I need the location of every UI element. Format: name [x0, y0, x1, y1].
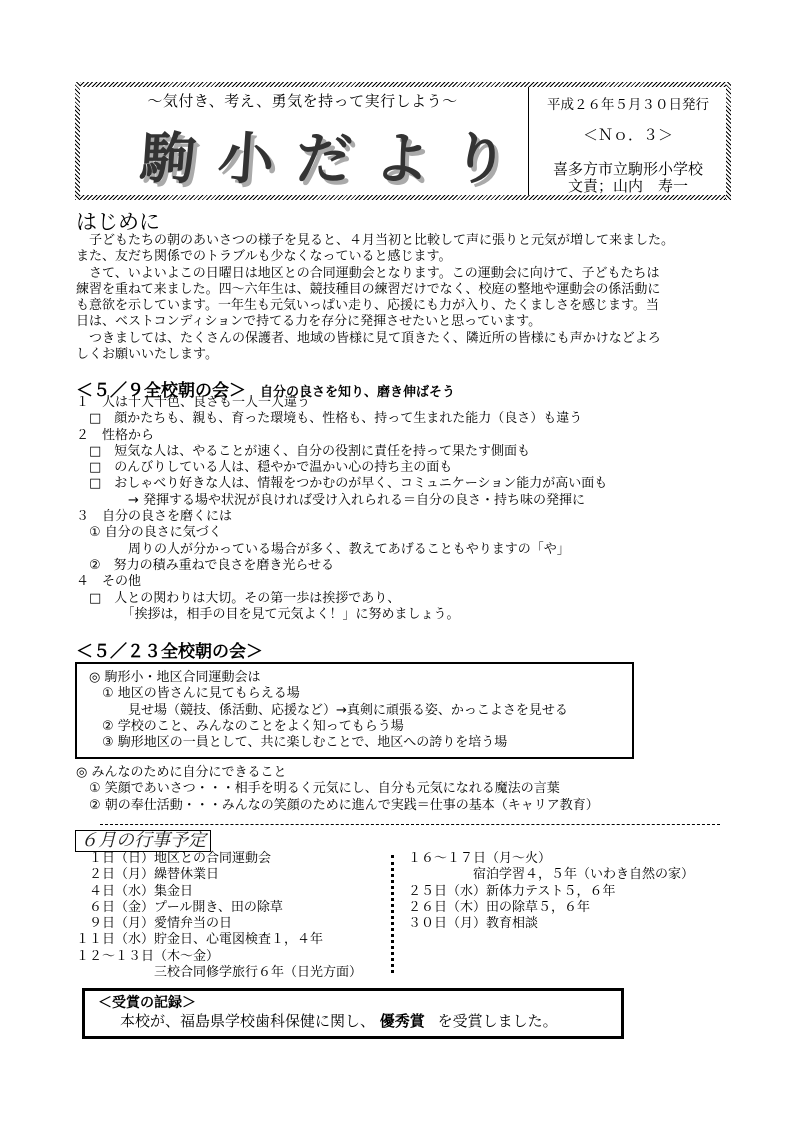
title-char: 駒: [138, 125, 199, 195]
assembly-0523-box: ◎ 駒形小・地区合同運動会は ① 地区の皆さんに見てもらえる場 見せ場（競技、係…: [75, 662, 634, 759]
title-char: り: [450, 125, 511, 195]
issue-date: 平成２６年５月３０日発行: [532, 93, 724, 113]
list-item: ２ 性格から: [76, 428, 607, 444]
event-item: １日（日）地区との合同運動会: [76, 851, 362, 867]
motto: ～気付き、考え、勇気を持って実行しよう～: [80, 90, 525, 111]
intro-line: 子どもたちの朝のあいさつの様子を見ると、４月当初と比較して声に張りと元気が増して…: [76, 233, 736, 249]
box-line: ② 学校のこと、みんなのことをよく知ってもらう場: [89, 719, 632, 735]
list-item: □ 人との関わりは大切。その第一歩は挨拶であり、: [76, 591, 607, 607]
list-item: ◎ みんなのために自分にできること: [76, 765, 599, 781]
header-divider: [528, 87, 529, 195]
award-text-before: 本校が、福島県学校歯科保健に関し、: [120, 1012, 375, 1030]
award-name: 優秀賞: [380, 1012, 425, 1030]
event-item: ２５日（水）新体力テスト５，６年: [408, 884, 694, 900]
list-item: ② 努力の積み重ねで良さを磨き光らせる: [76, 558, 607, 574]
list-item: １ 人は十人十色、良さも一人一人違う: [76, 395, 607, 411]
event-item: １６～１７日（月～火）: [408, 851, 694, 867]
intro-heading: はじめに: [76, 206, 160, 236]
event-item: 三校合同修学旅行６年（日光方面）: [76, 965, 362, 981]
header-border-right: [726, 82, 731, 200]
box-line: 見せ場（競技、係活動、応援など）→真剣に頑張る姿、かっこよさを見せる: [89, 703, 632, 719]
list-item: ① 笑顔であいさつ・・・相手を明るく元気にし、自分も元気になれる魔法の言葉: [76, 781, 599, 797]
award-heading-text: ＜受賞の記録＞: [98, 995, 196, 1011]
intro-line: また、友だち関係でのトラブルも少なくなっていると感じます。: [76, 249, 736, 265]
june-events-left: １日（日）地区との合同運動会 ２日（月）繰替休業日 ４日（水）集金日 ６日（金）…: [76, 851, 362, 981]
list-item: □ おしゃべり好きな人は、情報をつかむのが早く、コミュニケーション能力が高い面も: [76, 476, 607, 492]
list-item: ① 自分の良さに気づく: [76, 525, 607, 541]
box-line: ◎ 駒形小・地区合同運動会は: [89, 670, 632, 686]
issue-number: ＜Ｎｏ．３＞: [532, 124, 724, 145]
award-text: 本校が、福島県学校歯科保健に関し、 優秀賞 を受賞しました。: [120, 1010, 558, 1031]
assembly-0509-body: １ 人は十人十色、良さも一人一人違う □ 顔かたちも、親も、育った環境も、性格も…: [76, 395, 607, 623]
list-item: □ 短気な人は、やることが速く、自分の役割に責任を持って果たす側面も: [76, 444, 607, 460]
event-item: ４日（水）集金日: [76, 884, 362, 900]
list-item: □ のんびりしている人は、穏やかで温かい心の持ち主の面も: [76, 460, 607, 476]
event-item: ６日（金）プール開き、田の除草: [76, 900, 362, 916]
intro-body: 子どもたちの朝のあいさつの様子を見ると、４月当初と比較して声に張りと元気が増して…: [76, 233, 736, 363]
title-char: よ: [372, 125, 433, 195]
event-item: １２～１３日（木～金）: [76, 949, 362, 965]
list-item: → 発揮する場や状況が良ければ受け入れられる＝自分の良さ・持ち味の発揮に: [76, 493, 607, 509]
intro-line: しくお願いいたします。: [76, 347, 736, 363]
intro-line: つきましては、たくさんの保護者、地域の皆様に見て頂きたく、隣近所の皆様にも声かけ…: [76, 331, 736, 347]
june-events-heading: ６月の行事予定: [75, 830, 211, 852]
title-char: 小: [216, 125, 277, 195]
box-line: ① 地区の皆さんに見てもらえる場: [89, 686, 632, 702]
june-events-right: １６～１７日（月～火） 宿泊学習４，５年（いわき自然の家） ２５日（水）新体力テ…: [408, 851, 694, 932]
header-border-top: [75, 82, 731, 87]
assembly-0523-after: ◎ みんなのために自分にできること ① 笑顔であいさつ・・・相手を明るく元気にし…: [76, 765, 599, 814]
events-column-divider: [391, 855, 394, 973]
title-char: だ: [294, 125, 355, 195]
intro-line: も意欲を示しています。一年生も元気いっぱい走り、応援にも力が入り、たくましさを感…: [76, 298, 736, 314]
event-item: ２日（月）繰替休業日: [76, 867, 362, 883]
list-item: □ 顔かたちも、親も、育った環境も、性格も、持って生まれた能力（良さ）も違う: [76, 411, 607, 427]
intro-line: 練習を重ねて来ました。四～六年生は、競技種目の練習だけでなく、校庭の整地や運動会…: [76, 282, 736, 298]
list-item: ② 朝の奉仕活動・・・みんなの笑顔のために進んで実践＝仕事の基本（キャリア教育）: [76, 798, 599, 814]
list-item: 「挨拶は，相手の目を見て元気よく！」に努めましょう。: [76, 607, 607, 623]
event-item: １１日（水）貯金日、心電図検査１，４年: [76, 932, 362, 948]
assembly-0523-heading: ＜５／２３全校朝の会＞: [76, 637, 263, 662]
newsletter-title: 駒 小 だ よ り: [140, 125, 460, 195]
award-text-after: を受賞しました。: [438, 1012, 558, 1030]
event-item: ２６日（木）田の除草５，６年: [408, 900, 694, 916]
event-item: ９日（月）愛情弁当の日: [76, 916, 362, 932]
intro-line: 日は、ベストコンディションで持てる力を存分に発揮させたいと思っています。: [76, 314, 736, 330]
list-item: ３ 自分の良さを磨くには: [76, 509, 607, 525]
list-item: ４ その他: [76, 574, 607, 590]
box-line: ③ 駒形地区の一員として、共に楽しむことで、地区への誇りを培う場: [89, 735, 632, 751]
section-divider: [100, 824, 720, 825]
event-item: ３０日（月）教育相談: [408, 916, 694, 932]
list-item: 周りの人が分かっている場合が多く、教えてあげることもやりますの「や」: [76, 542, 607, 558]
award-heading: ＜受賞の記録＞: [98, 992, 196, 1012]
author: 文責；山内 寿一: [532, 175, 724, 196]
intro-line: さて、いよいよこの日曜日は地区との合同運動会となります。この運動会に向けて、子ど…: [76, 266, 736, 282]
event-item: 宿泊学習４，５年（いわき自然の家）: [408, 867, 694, 883]
